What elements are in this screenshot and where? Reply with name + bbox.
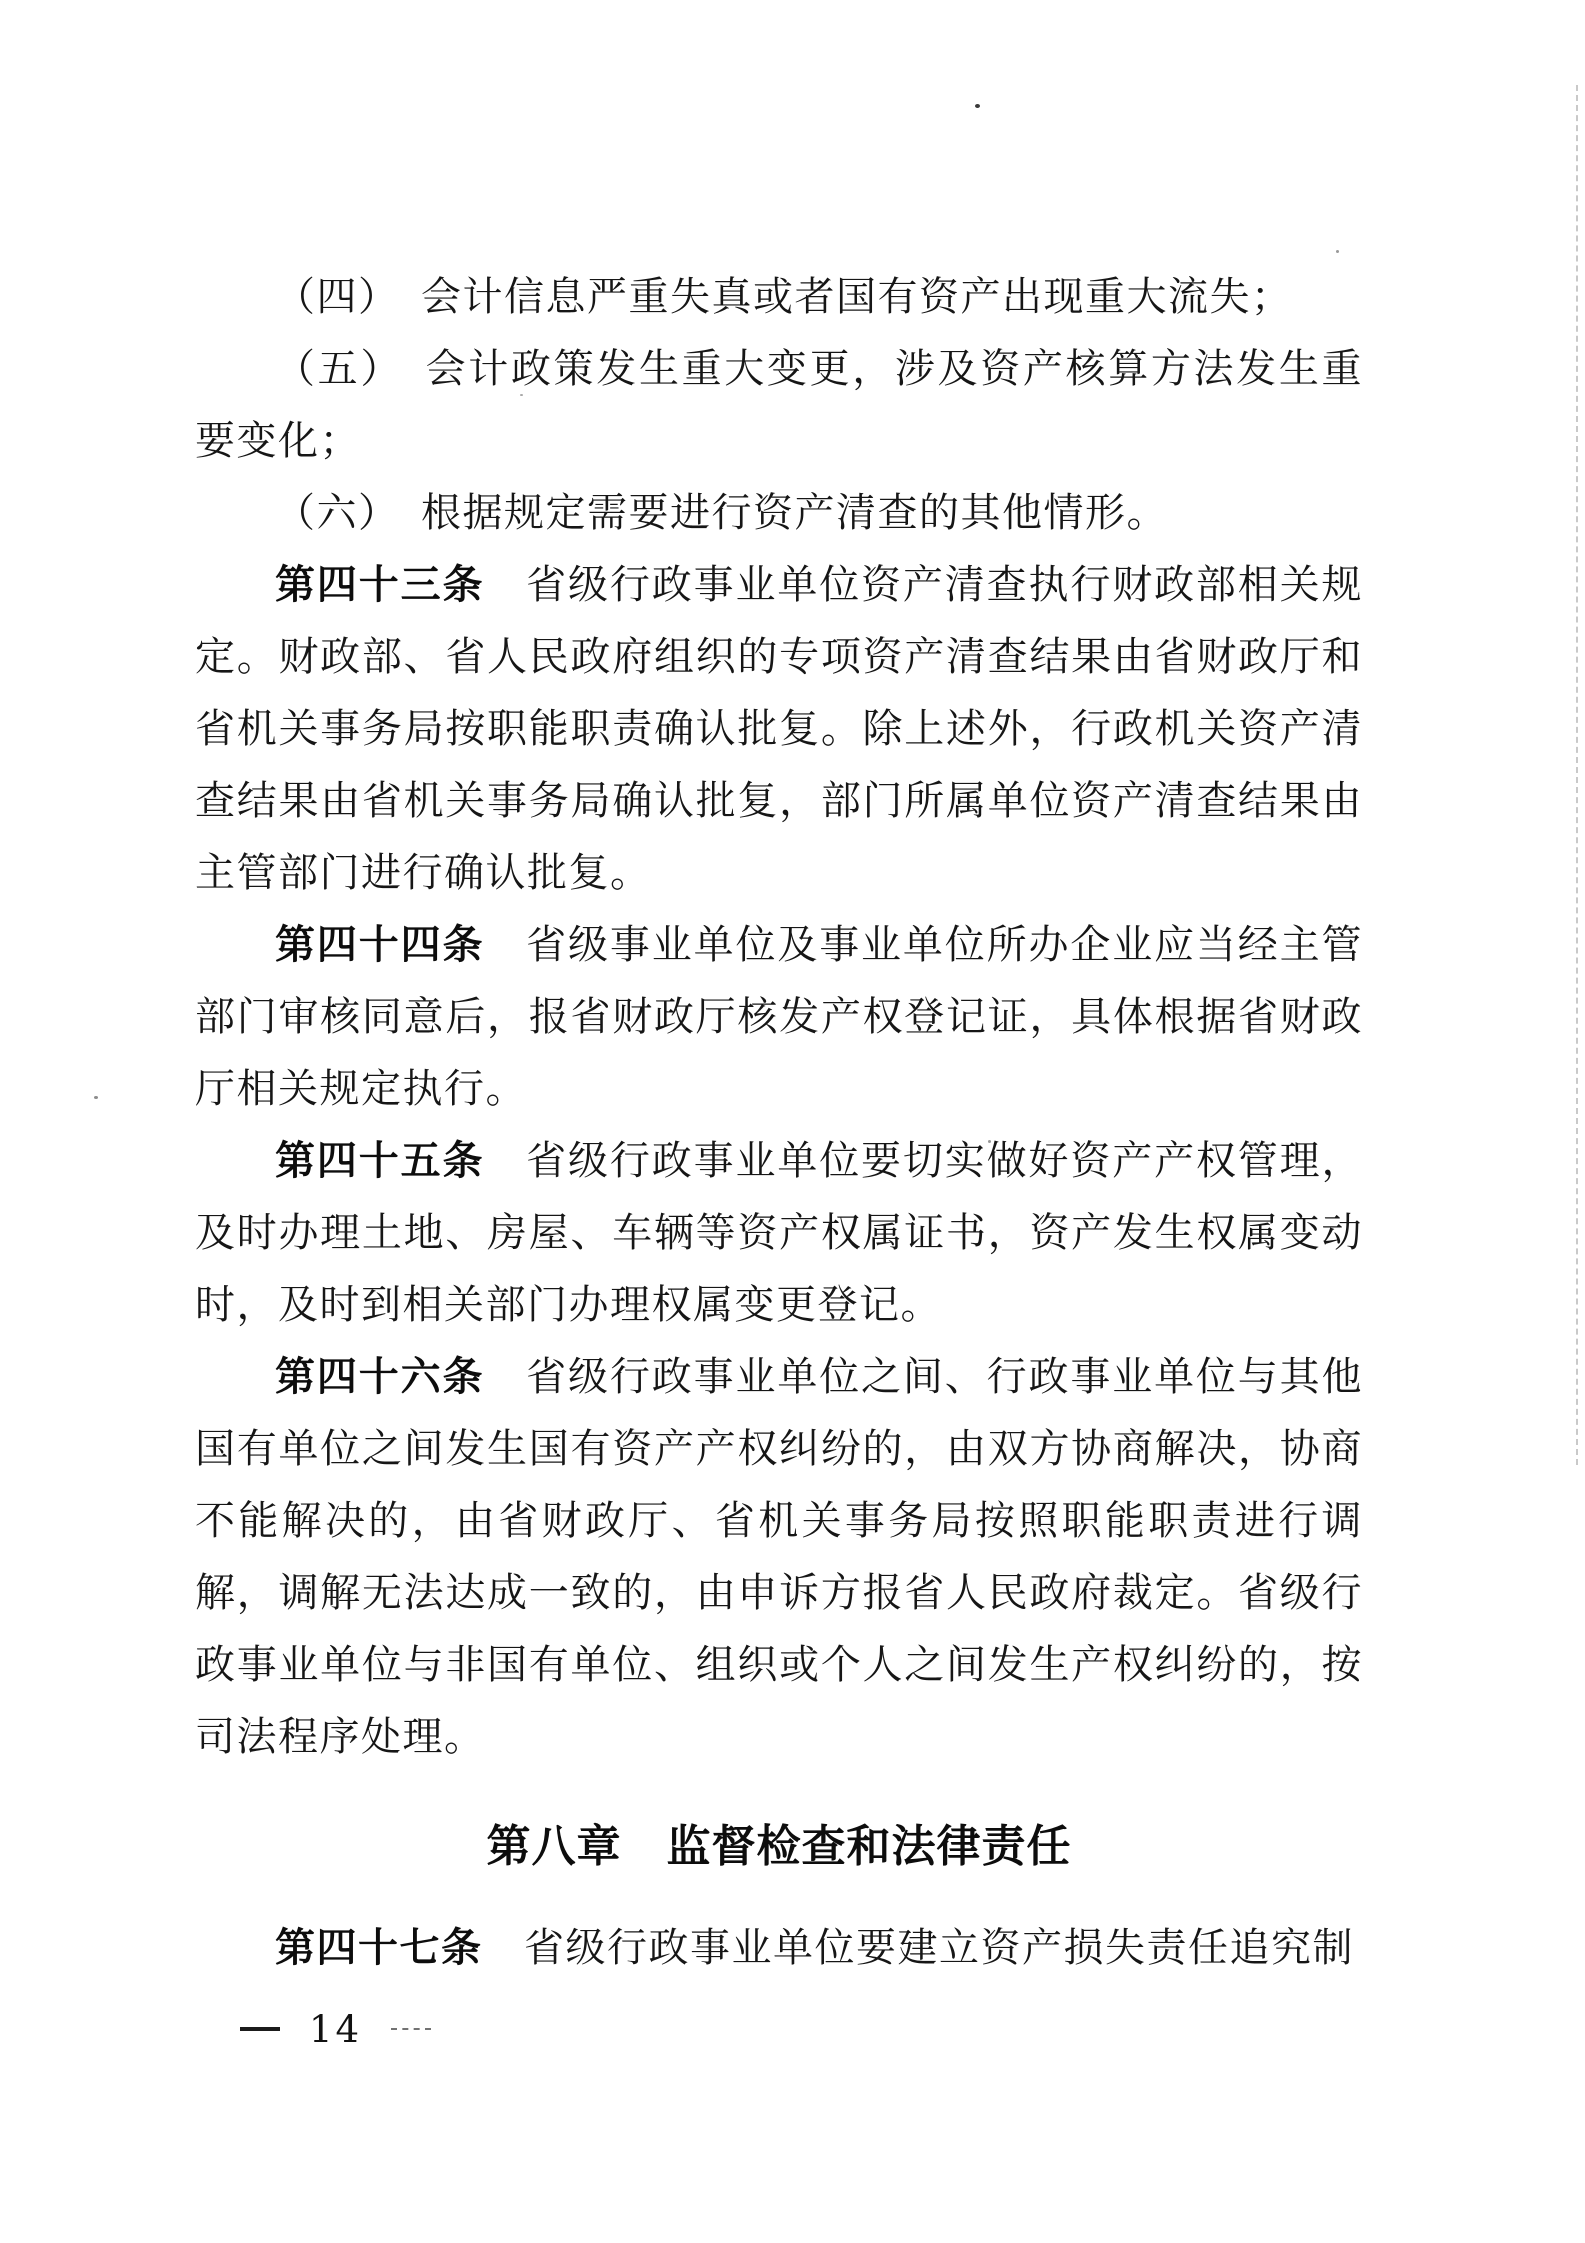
clause-item-6: （六） 根据规定需要进行资产清查的其他情形。 — [195, 477, 1363, 549]
article-number: 第四十三条 — [275, 561, 484, 608]
article-45-paragraph: 第四十五条 省级行政事业单位要切实做好资产产权管理，及时办理土地、房屋、车辆等资… — [195, 1125, 1363, 1341]
article-text: 省级行政事业单位之间、行政事业单位与其他国有单位之间发生国有资产产权纠纷的，由双… — [195, 1354, 1363, 1760]
clause-text: （六） 根据规定需要进行资产清查的其他情形。 — [275, 490, 1168, 536]
chapter-heading: 第八章 监督检查和法律责任 — [195, 1809, 1363, 1885]
page-number-value: 14 — [309, 2011, 362, 2048]
scanned-document-page: { "colors": { "paper": "#ffffff", "ink":… — [0, 0, 1585, 2243]
document-body: （四） 会计信息严重失真或者国有资产出现重大流失； （五） 会计政策发生重大变更… — [195, 261, 1363, 1984]
scan-speck — [94, 1096, 98, 1099]
article-number: 第四十七条 — [275, 1924, 483, 1971]
article-47-paragraph: 第四十七条 省级行政事业单位要建立资产损失责任追究制 — [195, 1912, 1363, 1984]
article-number: 第四十五条 — [275, 1137, 484, 1184]
scan-speck — [975, 104, 980, 108]
article-44-paragraph: 第四十四条 省级事业单位及事业单位所办企业应当经主管部门审核同意后，报省财政厅核… — [195, 909, 1363, 1125]
article-number: 第四十四条 — [275, 921, 484, 968]
scan-artifact-dashed-line — [1576, 85, 1578, 1465]
page-number: 14 — [240, 2008, 431, 2050]
clause-item-5: （五） 会计政策发生重大变更，涉及资产核算方法发生重要变化； — [195, 333, 1363, 477]
page-number-dash-right — [391, 2028, 431, 2030]
page-number-dash-left — [240, 2027, 280, 2031]
clause-text: （四） 会计信息严重失真或者国有资产出现重大流失； — [275, 274, 1293, 320]
article-number: 第四十六条 — [275, 1353, 484, 1400]
scan-speck — [1336, 250, 1339, 253]
article-46-paragraph: 第四十六条 省级行政事业单位之间、行政事业单位与其他国有单位之间发生国有资产产权… — [195, 1341, 1363, 1773]
clause-item-4: （四） 会计信息严重失真或者国有资产出现重大流失； — [195, 261, 1363, 333]
article-text: 省级行政事业单位资产清查执行财政部相关规定。财政部、省人民政府组织的专项资产清查… — [195, 562, 1363, 896]
clause-text: （五） 会计政策发生重大变更，涉及资产核算方法发生重要变化； — [195, 346, 1363, 464]
article-43-paragraph: 第四十三条 省级行政事业单位资产清查执行财政部相关规定。财政部、省人民政府组织的… — [195, 549, 1363, 909]
article-text: 省级行政事业单位要建立资产损失责任追究制 — [483, 1925, 1355, 1971]
